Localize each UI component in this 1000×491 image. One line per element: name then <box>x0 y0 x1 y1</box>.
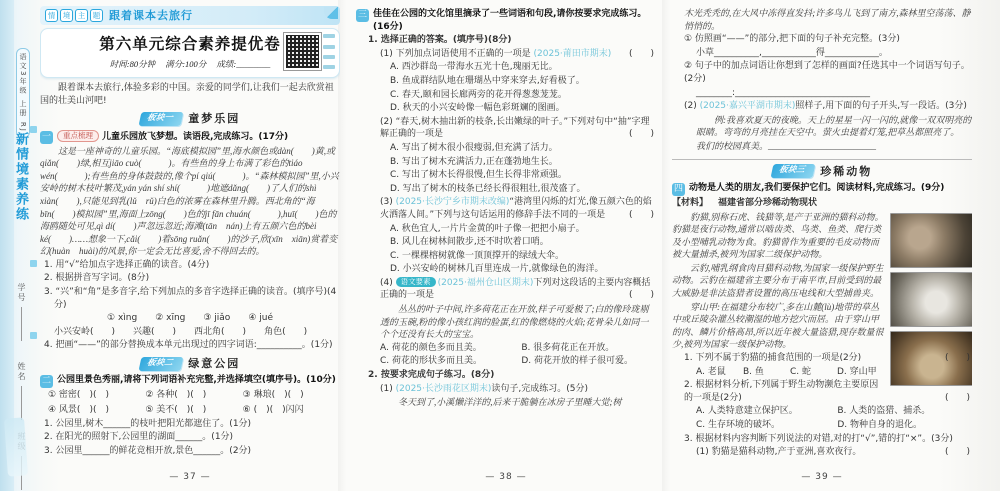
student-id-field: 学号 <box>16 283 27 341</box>
section-badge: 板块二 <box>138 357 182 371</box>
exam-source: (2025·长沙雨花区期末) <box>396 384 492 394</box>
stem-body: 读句子,完成练习。(5分) <box>491 384 588 394</box>
question-stem: 佳佳在公园的文化馆里摘录了一些词语和句段,请你按要求完成练习。(16分) <box>373 8 656 33</box>
choice-4-stem: (4) 语文要素(2025·福州仓山区期末)下列对这段话的主要内容概括正确的一项… <box>356 277 656 302</box>
stem-label: (1) <box>380 384 396 394</box>
question-4: 四 动物是人类的朋友,我们要保护它们。阅读材料,完成练习。(9分) <box>672 182 972 196</box>
write-paragraph-stem: (2) (2025·嘉兴平湖市期末)照样子,用下面的句子开头,写一段话。(3分) <box>672 100 972 113</box>
material-body: 豹猫,别称石虎、钱猫等,是产于亚洲的猫科动物。豹猫是夜行动物,通常以啮齿类、鸟类… <box>672 211 972 352</box>
prompt-line: 我们的校园真美。________________________ <box>672 140 972 153</box>
material-q3: 3. 根据材料内容判断下列说法的对错,对的打“√”,错的打“×”。(3分) <box>672 433 972 446</box>
options-grid: A. 荷花的颜色多而且美。 B. 很多荷花正在开放。 C. 荷花的形状多而且美。… <box>356 342 656 368</box>
option: D. 穿山甲 <box>837 366 884 379</box>
option: D. 秋天的小兴安岭像一幅色彩斑斓的图画。 <box>356 102 656 115</box>
choice-1-stem: (1) 下列加点词语使用不正确的一项是 (2025·莆田市期末) ( ) <box>356 48 656 61</box>
stem-body: 1. 下列不属于豹猫的捕食范围的一项是(2分) <box>684 353 861 363</box>
quoted-sentence-cont: 木光秃秃的,在大风中冻得直发抖;许多鸟儿飞到了南方,森林里空荡荡、静悄悄的。 <box>672 7 972 32</box>
question-2-items: 1. 公园里,树木______的枝叶把阳光都遮住了。(1分) 2. 在阳光的照射… <box>40 418 340 458</box>
name-blank <box>21 386 22 420</box>
time-label: 时间:80分钟 <box>110 59 155 69</box>
option: A. 老鼠 <box>696 366 743 379</box>
answer-bracket: ( ) <box>629 128 654 141</box>
passage-text: 这是一座神奇的儿童乐园。“海底模拟园”里,海水颜色或dàn( )黄,或qiǎn(… <box>40 145 340 258</box>
pinyin-options: ① xìng ② xīng ③ jiǎo ④ jué <box>40 312 340 325</box>
paper-title-box: 第六单元综合素养提优卷 时间:80分钟 满分:100分 成绩:________ <box>40 28 340 78</box>
full-score-label: 满分:100分 <box>165 59 206 69</box>
book-spine: 语文3年级 上册 RJ 新情境素养练 学号 姓名 班级 <box>0 0 36 491</box>
student-id-blank <box>21 307 22 341</box>
theme-badge: 情 境 主 题 <box>45 9 103 22</box>
theme-banner: 情 境 主 题 跟着课本去旅行 <box>40 6 340 25</box>
sub-question: 1. 公园里,树木______的枝叶把阳光都遮住了。(1分) <box>40 418 340 431</box>
stem-text: (1) 下列加点词语使用不正确的一项是 (2025·莆田市期末) <box>380 49 611 59</box>
sub-item-2: ② 句子中的加点词语让你想到了怎样的画面?任选其中一个词语写句子。(2分) <box>672 60 972 85</box>
material-q2: 2. 根据材料分析,下列属于野生动物濒危主要原因的一项是(2分) ( ) <box>672 379 972 404</box>
question-3: 三 佳佳在公园的文化馆里摘录了一些词语和句段,请你按要求完成练习。(16分) <box>356 8 656 33</box>
option: C. 生存环境的破坏。 <box>696 419 837 432</box>
option: D. 小兴安岭的树林几百里连成一片,就像绿色的海洋。 <box>356 263 656 276</box>
edition-label: 语文3年级 上册 RJ <box>16 48 30 138</box>
stem-body: (2) “春天,树木抽出新的枝条,长出嫩绿的叶子。”下列对句中“抽”字理解正确的… <box>380 117 649 140</box>
qr-code-icon <box>284 33 321 70</box>
theme-badge-char: 情 <box>45 9 58 22</box>
stem-text: (3) (2025·长沙宁乡市期末改编)“港湾里闪烁的灯光,像五颜六色的焰火洒落… <box>380 197 652 220</box>
option: C. 一棵棵榕树就像一顶顶撑开的绿绒大伞。 <box>356 250 656 263</box>
sub-section-2: 2. 按要求完成句子练习。(8分) <box>356 369 656 382</box>
material-q1: 1. 下列不属于豹猫的捕食范围的一项是(2分) ( ) <box>672 352 972 365</box>
student-id-label: 学号 <box>16 283 27 303</box>
exam-source: (2025·嘉兴平湖市期末) <box>700 101 796 111</box>
clouded-leopard-photo <box>890 272 972 327</box>
material-label: 【材料】 <box>672 197 708 210</box>
sub-question: 2. 在阳光的照射下,公园里的湖面______。(1分) <box>40 431 340 444</box>
stem-body: 照样子,用下面的句子开头,写一段话。(3分) <box>795 101 966 111</box>
page-number: — 38 — <box>356 471 656 484</box>
spine-marker-icon <box>30 126 37 133</box>
question-2: 二 公园里景色秀丽,请将下列词语补充完整,并选择填空(填序号)。(10分) <box>40 374 340 388</box>
section-banner-1: 板块一 童梦乐园 <box>40 111 340 126</box>
leopard-cat-photo <box>890 213 972 268</box>
section-divider <box>672 159 972 160</box>
answer-bracket: ( ) <box>945 352 970 365</box>
word-item: ⑤ 美不( )( ) <box>145 404 242 417</box>
theme-badge-char: 题 <box>90 9 103 22</box>
sub-question: 1. 用“√”给加点字选择正确的读音。(4分) <box>40 259 340 272</box>
option: C. 春天,颐和园长廊两旁的花开得葱葱茏茏。 <box>356 89 656 102</box>
name-label: 姓名 <box>16 362 27 382</box>
section-title: 绿意公园 <box>188 356 240 371</box>
page-curl-icon <box>324 7 338 19</box>
page-39: 木光秃秃的,在大风中冻得直发抖;许多鸟儿飞到了南方,森林里空荡荡、静悄悄的。 ①… <box>672 6 972 486</box>
theme-badge-char: 主 <box>75 9 88 22</box>
option: C. 写出了树木长得很慢,但生长得非常顽强。 <box>356 169 656 182</box>
word-item: ② 各种( )( ) <box>145 389 242 402</box>
question-number-badge: 一 <box>40 131 53 144</box>
sub-question: 2. 根据拼音写字词。(8分) <box>40 272 340 285</box>
options-grid: A. 人类特意建立保护区。 B. 人类的盗猎、捕杀。 C. 生存环境的破坏。 D… <box>672 405 972 431</box>
qr-caption-lines <box>323 33 335 70</box>
option: A. 秋色宜人,一片片金黄的叶子像一把把小扇子。 <box>356 223 656 236</box>
question-stem: 动物是人类的朋友,我们要保护它们。阅读材料,完成练习。(9分) <box>689 182 944 195</box>
result-label: 成绩:________ <box>216 59 270 69</box>
answer-bracket: ( ) <box>629 48 654 61</box>
answer-bracket: ( ) <box>945 446 970 459</box>
page-number: — 37 — <box>40 471 340 484</box>
section-banner-2: 板块二 绿意公园 <box>40 356 340 371</box>
option: A. 西沙群岛一带海水五光十色,瑰丽无比。 <box>356 61 656 74</box>
answer-bracket: ( ) <box>629 289 654 302</box>
option: D. 写出了树木的枝条已经长得很粗壮,很茂盛了。 <box>356 183 656 196</box>
word-item: ③ 琳琅( )( ) <box>243 389 340 402</box>
option: B. 鱼成群结队地在珊瑚丛中穿来穿去,好看极了。 <box>356 75 656 88</box>
option: A. 荷花的颜色多而且美。 <box>380 342 521 355</box>
answer-bracket: ( ) <box>945 392 970 405</box>
spine-marker-icon <box>30 260 37 267</box>
stem-label: (2) <box>684 101 700 111</box>
sub-question: 3. 公园里______的鲜花竞相开放,景色______。(2分) <box>40 445 340 458</box>
option: A. 写出了树木很小很瘦弱,但充满了活力。 <box>356 142 656 155</box>
question-number-badge: 四 <box>672 183 685 196</box>
quoted-sentence-start: 冬天到了,小溪懒洋洋的,后来干脆躺在冰房子里睡大觉;树 <box>356 396 656 409</box>
page-number: — 39 — <box>672 471 972 484</box>
material-title: 福建省部分珍稀动物现状 <box>718 197 817 210</box>
question-stem: 公园里景色秀丽,请将下列词语补充完整,并选择填空(填序号)。(10分) <box>57 374 336 387</box>
fill-in-row: 小兴安岭( ) 兴趣( ) 西北角( ) 角色( ) <box>40 326 340 339</box>
choice-3-stem: (3) (2025·长沙宁乡市期末改编)“港湾里闪烁的灯光,像五颜六色的焰火洒落… <box>356 196 656 221</box>
option: C. 荷花的形状多而且美。 <box>380 355 521 368</box>
quoted-passage: 丛丛的叶子中间,许多荷花正在开放,样子可爱极了;白的像玲珑剔透的玉碗,粉的像小孩… <box>356 303 656 341</box>
fill-in-line: ________:______________________________ <box>672 87 972 100</box>
sub-question: 4. 把画“——”的部分替换成本单元出现过的四字词语:__________。(1… <box>40 339 340 352</box>
question-stem-text: 儿童乐园放飞梦想。读语段,完成练习。(17分) <box>102 132 288 142</box>
key-points-tag: 重点梳理 <box>57 130 99 143</box>
theme-title: 跟着课本去旅行 <box>109 8 193 23</box>
fill-in-line: 小草__________,____________得____________。 <box>672 47 972 60</box>
option: D. 物种自身的退化。 <box>837 419 972 432</box>
section-banner-3: 板块三 珍稀动物 <box>672 164 972 179</box>
option: B. 人类的盗猎、捕杀。 <box>837 405 972 418</box>
sub-section-1: 1. 选择正确的答案。(填序号)(8分) <box>356 34 656 47</box>
option: C. 蛇 <box>790 366 837 379</box>
exam-source: (2025·莆田市期末) <box>534 49 612 59</box>
intro-text: 跟着课本去旅行,体验多彩的中国。亲爱的同学们,让我们一起去欣赏祖国的壮美山河吧! <box>40 82 340 107</box>
word-item: ① 密密( )( ) <box>48 389 145 402</box>
material-header: 【材料】 福建省部分珍稀动物现状 <box>672 197 972 210</box>
question-1: 一 重点梳理儿童乐园放飞梦想。读语段,完成练习。(17分) <box>40 130 340 144</box>
question-number-badge: 二 <box>40 375 53 388</box>
word-item: ④ 风景( )( ) <box>48 404 145 417</box>
name-field: 姓名 <box>16 362 27 420</box>
word-completion-grid: ① 密密( )( ) ② 各种( )( ) ③ 琳琅( )( ) ④ 风景( )… <box>40 389 340 416</box>
answer-bracket: ( ) <box>629 209 654 222</box>
example-text: 例:我喜欢夏天的夜晚。天上的星星一闪一闪的,就像一双双明亮的眼睛。弯弯的月亮挂在… <box>672 114 972 139</box>
exam-source: (2025·长沙宁乡市期末改编) <box>396 197 510 207</box>
stem-body: 2. 根据材料分析,下列属于野生动物濒危主要原因的一项是(2分) <box>684 380 878 403</box>
question-1-items: 1. 用“√”给加点字选择正确的读音。(4分) 2. 根据拼音写字词。(8分) … <box>40 259 340 311</box>
option: B. 鱼 <box>743 366 790 379</box>
option: B. 风儿在树林间散步,还不时吹着口哨。 <box>356 236 656 249</box>
publisher-logo <box>4 417 28 476</box>
theme-badge-char: 境 <box>60 9 73 22</box>
section-badge: 板块一 <box>138 112 182 126</box>
option: D. 荷花开放的样子很可爱。 <box>521 355 656 368</box>
series-title: 新情境素养练 <box>11 132 30 222</box>
section-title: 童梦乐园 <box>188 111 240 126</box>
qr-block <box>284 33 335 70</box>
question-stem: 重点梳理儿童乐园放飞梦想。读语段,完成练习。(17分) <box>57 130 288 144</box>
option: B. 写出了树木充满活力,正在蓬勃地生长。 <box>356 156 656 169</box>
stem-label: (4) <box>380 278 396 288</box>
sentence-ex-stem: (1) (2025·长沙雨花区期末)读句子,完成练习。(5分) <box>356 383 656 396</box>
sub-question: 3. “兴”和“角”是多音字,给下列加点的多音字选择正确的读音。(填序号)(4分… <box>40 286 340 311</box>
question-1-item-4: 4. 把画“——”的部分替换成本单元出现过的四字词语:__________。(1… <box>40 339 340 352</box>
page-37: 情 境 主 题 跟着课本去旅行 第六单元综合素养提优卷 时间:80分钟 满分:1… <box>40 6 340 486</box>
section-badge: 板块三 <box>770 164 814 178</box>
true-false-item: (1) 豹猫是猫科动物,产于亚洲,喜欢夜行。 ( ) <box>672 446 972 459</box>
option: A. 人类特意建立保护区。 <box>696 405 837 418</box>
exam-source: (2025·福州仓山区期末) <box>438 278 534 288</box>
word-item: ⑥ ( )( )闪闪 <box>243 404 340 417</box>
question-number-badge: 三 <box>356 9 369 22</box>
stem-text: (4) 语文要素(2025·福州仓山区期末)下列对这段话的主要内容概括正确的一项… <box>380 278 650 301</box>
page-38: 三 佳佳在公园的文化馆里摘录了一些词语和句段,请你按要求完成练习。(16分) 1… <box>356 6 656 486</box>
choice-2-stem: (2) “春天,树木抽出新的枝条,长出嫩绿的叶子。”下列对句中“抽”字理解正确的… <box>356 116 656 141</box>
stem-body: (1) 豹猫是猫科动物,产于亚洲,喜欢夜行。 <box>696 447 861 457</box>
yuwen-element-tag: 语文要素 <box>396 277 436 288</box>
stem-body: (1) 下列加点词语使用不正确的一项是 <box>380 49 531 59</box>
stem-label: (3) <box>380 197 396 207</box>
section-title: 珍稀动物 <box>820 164 872 179</box>
options-row: A. 老鼠 B. 鱼 C. 蛇 D. 穿山甲 <box>672 366 884 379</box>
spine-marker-icon <box>30 332 37 339</box>
option: B. 很多荷花正在开放。 <box>521 342 656 355</box>
sub-item-1: ① 仿照画“——”的部分,把下面的句子补充完整。(3分) <box>672 33 972 46</box>
